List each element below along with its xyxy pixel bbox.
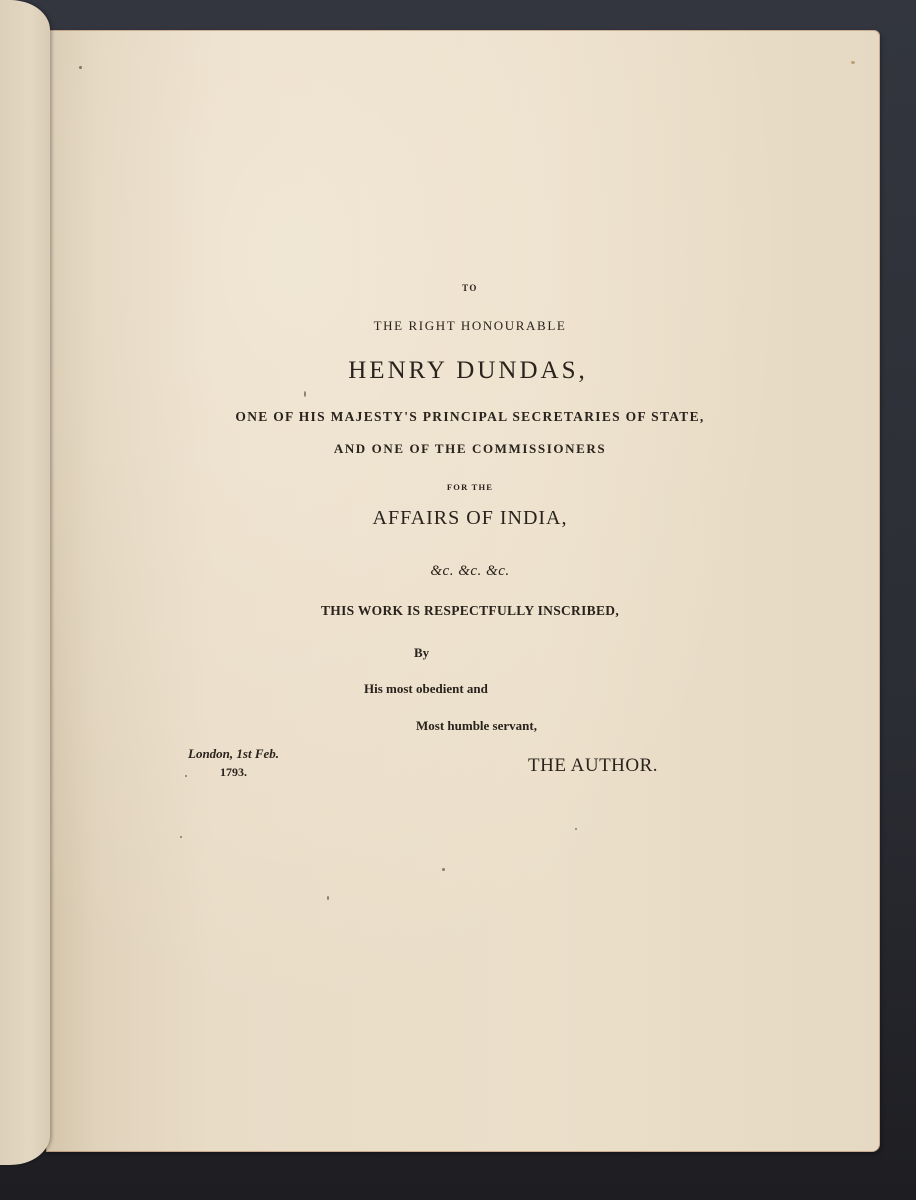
dedication-content: TO THE RIGHT HONOURABLE HENRY DUNDAS, ON…: [0, 0, 916, 1200]
signature-author: THE AUTHOR.: [528, 755, 658, 777]
dedication-inscription: THIS WORK IS RESPECTFULLY INSCRIBED,: [12, 603, 916, 619]
dedicatee-name: HENRY DUNDAS,: [10, 357, 916, 385]
dedicatee-title-2: AND ONE OF THE COMMISSIONERS: [12, 441, 916, 457]
dedication-honorific: THE RIGHT HONOURABLE: [12, 318, 916, 334]
paper-speck: [185, 775, 187, 777]
dedicatee-title-1: ONE OF HIS MAJESTY'S PRINCIPAL SECRETARI…: [12, 409, 916, 425]
dedication-to: TO: [12, 283, 916, 293]
signature-by: By: [414, 645, 429, 661]
paper-speck: [575, 828, 577, 830]
paper-speck: [851, 61, 855, 64]
paper-speck: [327, 896, 329, 900]
paper-speck: [304, 391, 306, 397]
dedication-for-the: FOR THE: [12, 482, 916, 492]
dedication-affairs: AFFAIRS OF INDIA,: [12, 507, 916, 530]
paper-speck: [442, 868, 445, 871]
dedication-etc: &c. &c. &c.: [12, 563, 916, 580]
signature-line-1: His most obedient and: [364, 681, 488, 697]
dateline-year: 1793.: [220, 765, 247, 780]
paper-speck: [79, 66, 82, 69]
paper-speck: [180, 836, 182, 838]
dateline-place: London, 1st Feb.: [188, 746, 279, 762]
signature-line-2: Most humble servant,: [416, 718, 537, 734]
